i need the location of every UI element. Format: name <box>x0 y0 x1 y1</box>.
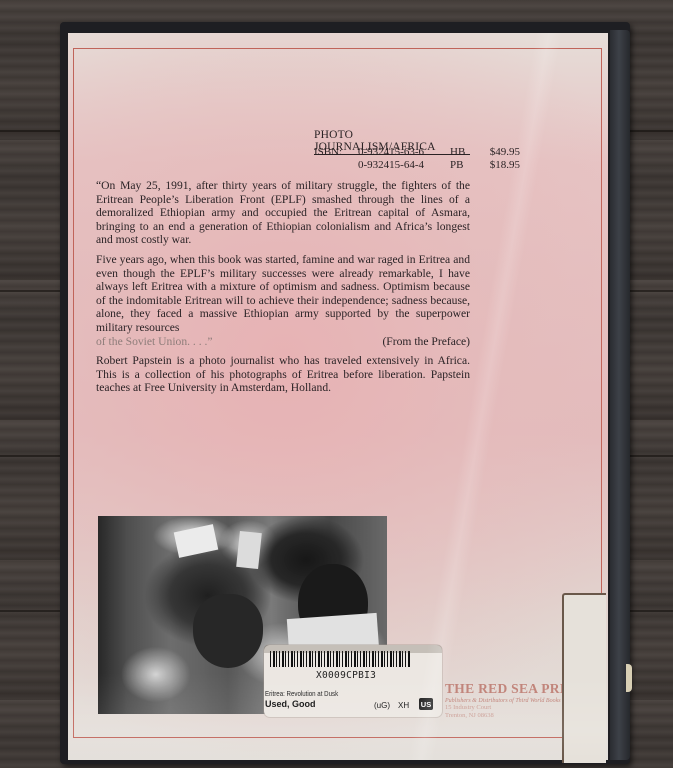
attribution: (From the Preface) <box>382 335 470 349</box>
blurb: “On May 25, 1991, after thirty years of … <box>96 179 470 401</box>
format-pb: PB <box>450 159 480 172</box>
photo-detail <box>236 531 262 569</box>
book-back-cover: PHOTO JOURNALISM/AFRICA ISBN: 0-932415-6… <box>68 33 608 760</box>
region-badge: US <box>419 698 433 710</box>
sticker-title: Eritrea: Revolution at Dusk <box>265 689 338 698</box>
isbn-block: ISBN: 0-932415-63-6 HB $49.95 0-932415-6… <box>314 146 520 172</box>
photo-detail <box>174 524 219 558</box>
sticker-condition: Used, Good <box>265 699 316 709</box>
isbn-pb: 0-932415-64-4 <box>358 159 450 172</box>
price-hb: $49.95 <box>480 146 520 159</box>
spine-clip <box>626 664 632 692</box>
barcode-icon <box>270 651 410 667</box>
preface-line: of the Soviet Union. . . .” (From the Pr… <box>96 335 470 349</box>
fnsku-sticker: X0009CPBI3 Eritrea: Revolution at Dusk U… <box>264 645 442 717</box>
blurb-paragraph-1: “On May 25, 1991, after thirty years of … <box>96 179 470 247</box>
isbn-hb: 0-932415-63-6 <box>358 146 450 159</box>
sticker-code-ug: (uG) <box>374 701 390 710</box>
blurb-paragraph-2: Five years ago, when this book was start… <box>96 253 470 335</box>
price-sticker-residue <box>562 593 606 763</box>
author-bio: Robert Papstein is a photo journalist wh… <box>96 354 470 395</box>
fnsku-code: X0009CPBI3 <box>316 670 376 681</box>
sticker-code-xh: XH <box>398 701 409 710</box>
format-hb: HB <box>450 146 480 159</box>
book-spine-edge <box>610 30 630 760</box>
blurb-paragraph-2-end: of the Soviet Union. . . .” <box>96 335 213 349</box>
photo-detail <box>193 594 263 668</box>
sticker-tear <box>264 645 442 653</box>
isbn-label: ISBN: <box>314 146 358 159</box>
price-pb: $18.95 <box>480 159 520 172</box>
